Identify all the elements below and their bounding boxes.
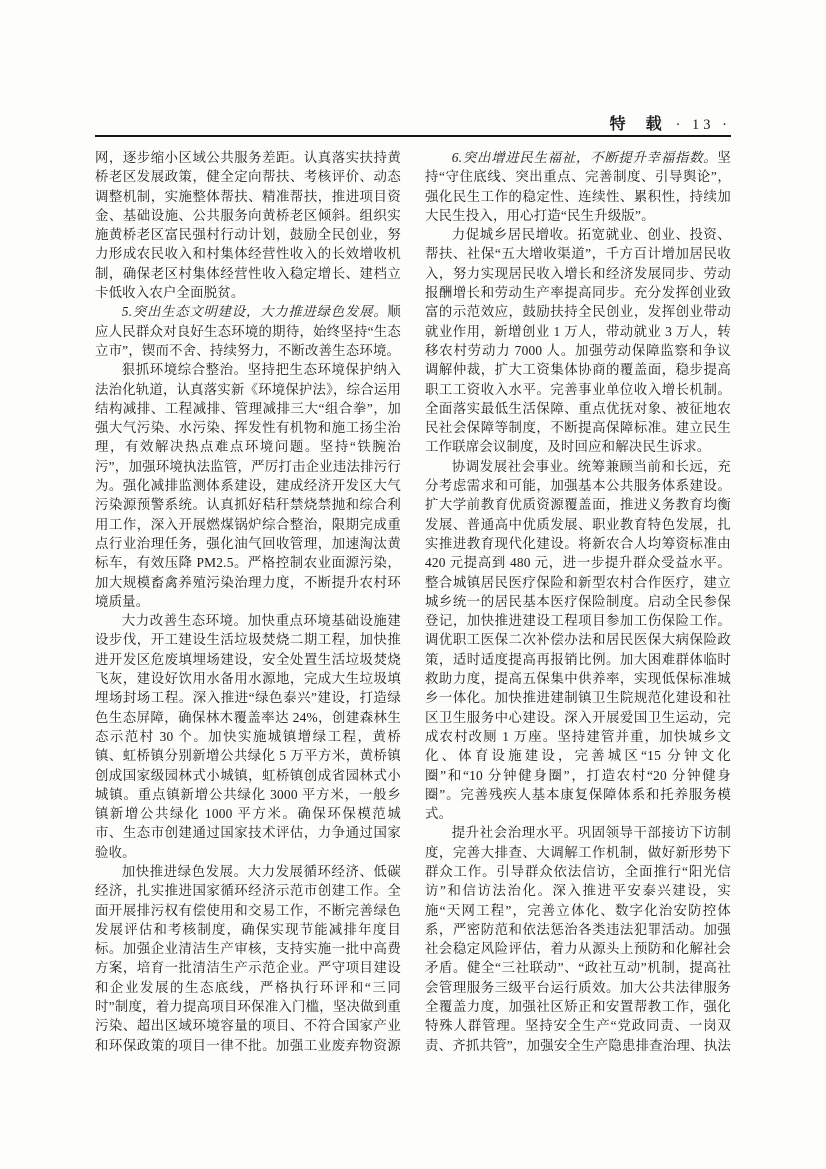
header-divider — [95, 135, 731, 137]
page-header: 特 载 · 13 · — [610, 111, 731, 134]
paragraph-text: 协调发展社会事业。统筹兼顾当前和长远，充分考虑需求和可能，加强基本公共服务体系建… — [425, 459, 731, 821]
paragraph-text: 大力改善生态环境。加快重点环境基础设施建设步伐，开工建设生活垃圾焚烧二期工程，加… — [95, 613, 401, 860]
paragraph-text: 狠抓环境综合整治。坚持把生态环境保护纳入法治化轨道，认真落实新《环境保护法》，综… — [95, 362, 401, 609]
paragraph: 协调发展社会事业。统筹兼顾当前和长远，充分考虑需求和可能，加强基本公共服务体系建… — [425, 457, 731, 824]
page-number: · 13 · — [676, 117, 731, 134]
text-body: 网，逐步缩小区域公共服务差距。认真落实扶持黄桥老区发展政策，健全定向帮扶、考核评… — [95, 148, 731, 1056]
paragraph-text: 加快推进绿色发展。大力发展循环经济、低碳经济，扎实推进国家循环经济示范市创建工作… — [95, 864, 401, 1056]
paragraph: 狠抓环境综合整治。坚持把生态环境保护纳入法治化轨道，认真落实新《环境保护法》，综… — [95, 360, 401, 611]
paragraph-text: 力促城乡居民增收。拓宽就业、创业、投资、帮扶、社保“五大增收渠道”，千方百计增加… — [425, 227, 731, 454]
paragraph: 大力改善生态环境。加快重点环境基础设施建设步伐，开工建设生活垃圾焚烧二期工程，加… — [95, 611, 401, 862]
paragraph-text: 网，逐步缩小区域公共服务差距。认真落实扶持黄桥老区发展政策，健全定向帮扶、考核评… — [95, 150, 401, 300]
document-page: { "page": { "header_title": "特 载", "page… — [0, 0, 826, 1169]
paragraph-text: 提升社会治理水平。巩固领导干部接访下访制度，完善大排查、大调解工作机制，做好新形… — [425, 825, 731, 1056]
right-column: 6.突出增进民生福祉，不断提升幸福指数。坚持“守住底线、突出重点、完善制度、引导… — [425, 148, 731, 1056]
paragraph: 力促城乡居民增收。拓宽就业、创业、投资、帮扶、社保“五大增收渠道”，千方百计增加… — [425, 225, 731, 457]
section-title: 特 载 — [610, 111, 664, 134]
paragraph-section-5: 5.突出生态文明建设，大力推进绿色发展。顺应人民群众对良好生态环境的期待，始终坚… — [95, 302, 401, 360]
paragraph: 加快推进绿色发展。大力发展循环经济、低碳经济，扎实推进国家循环经济示范市创建工作… — [95, 862, 401, 1056]
paragraph-section-6: 6.突出增进民生福祉，不断提升幸福指数。坚持“守住底线、突出重点、完善制度、引导… — [425, 148, 731, 225]
paragraph-continuation: 网，逐步缩小区域公共服务差距。认真落实扶持黄桥老区发展政策，健全定向帮扶、考核评… — [95, 148, 401, 302]
left-column: 网，逐步缩小区域公共服务差距。认真落实扶持黄桥老区发展政策，健全定向帮扶、考核评… — [95, 148, 401, 1056]
section-heading: 5.突出生态文明建设，大力推进绿色发展。 — [122, 304, 388, 319]
section-heading: 6.突出增进民生福祉，不断提升幸福指数。 — [452, 150, 718, 165]
paragraph: 提升社会治理水平。巩固领导干部接访下访制度，完善大排查、大调解工作机制，做好新形… — [425, 823, 731, 1056]
